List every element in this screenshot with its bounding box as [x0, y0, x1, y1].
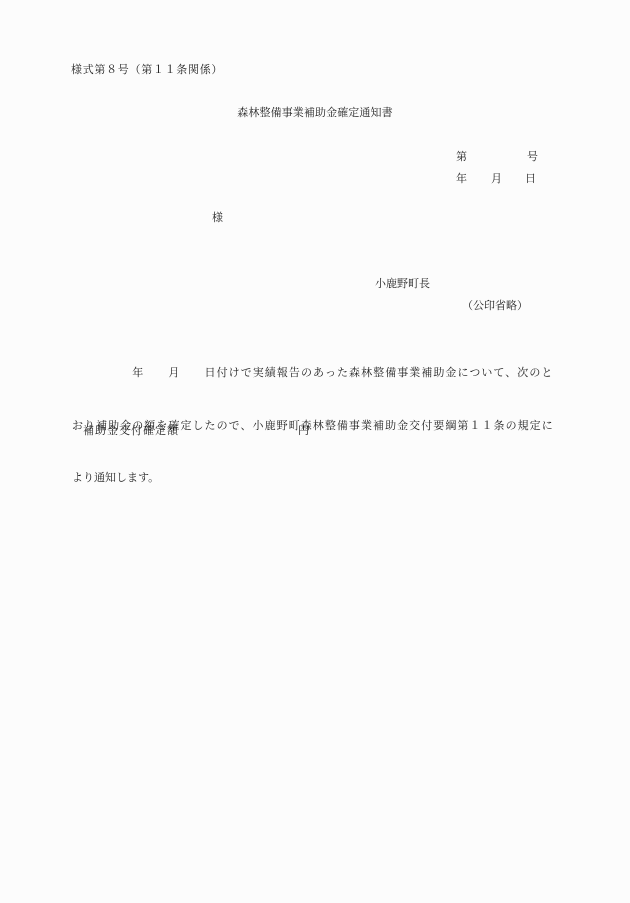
document-page: 様式第８号（第１１条関係） 森林整備事業補助金確定通知書 第 号 年 月 日 様…	[0, 0, 630, 903]
subsidy-amount-unit-yen: 円	[298, 424, 309, 439]
addressee-honorific: 様	[212, 211, 223, 226]
doc-number-prefix: 第	[456, 150, 467, 165]
date-month-label: 月	[491, 172, 502, 187]
doc-number-suffix: 号	[527, 150, 538, 165]
date-year-label: 年	[456, 172, 467, 187]
document-title: 森林整備事業補助金確定通知書	[72, 106, 558, 121]
subsidy-amount-label: 補助金交付確定額	[83, 424, 179, 439]
date-day-label: 日	[525, 172, 536, 187]
seal-omission-note: （公印省略）	[462, 299, 528, 314]
sender-title: 小鹿野町長	[375, 277, 430, 292]
body-line-3: より通知します。	[72, 467, 568, 490]
form-number: 様式第８号（第１１条関係）	[71, 63, 223, 78]
body-line-1: 年 月 日付けで実績報告のあった森林整備事業補助金について、次のと	[72, 362, 568, 385]
